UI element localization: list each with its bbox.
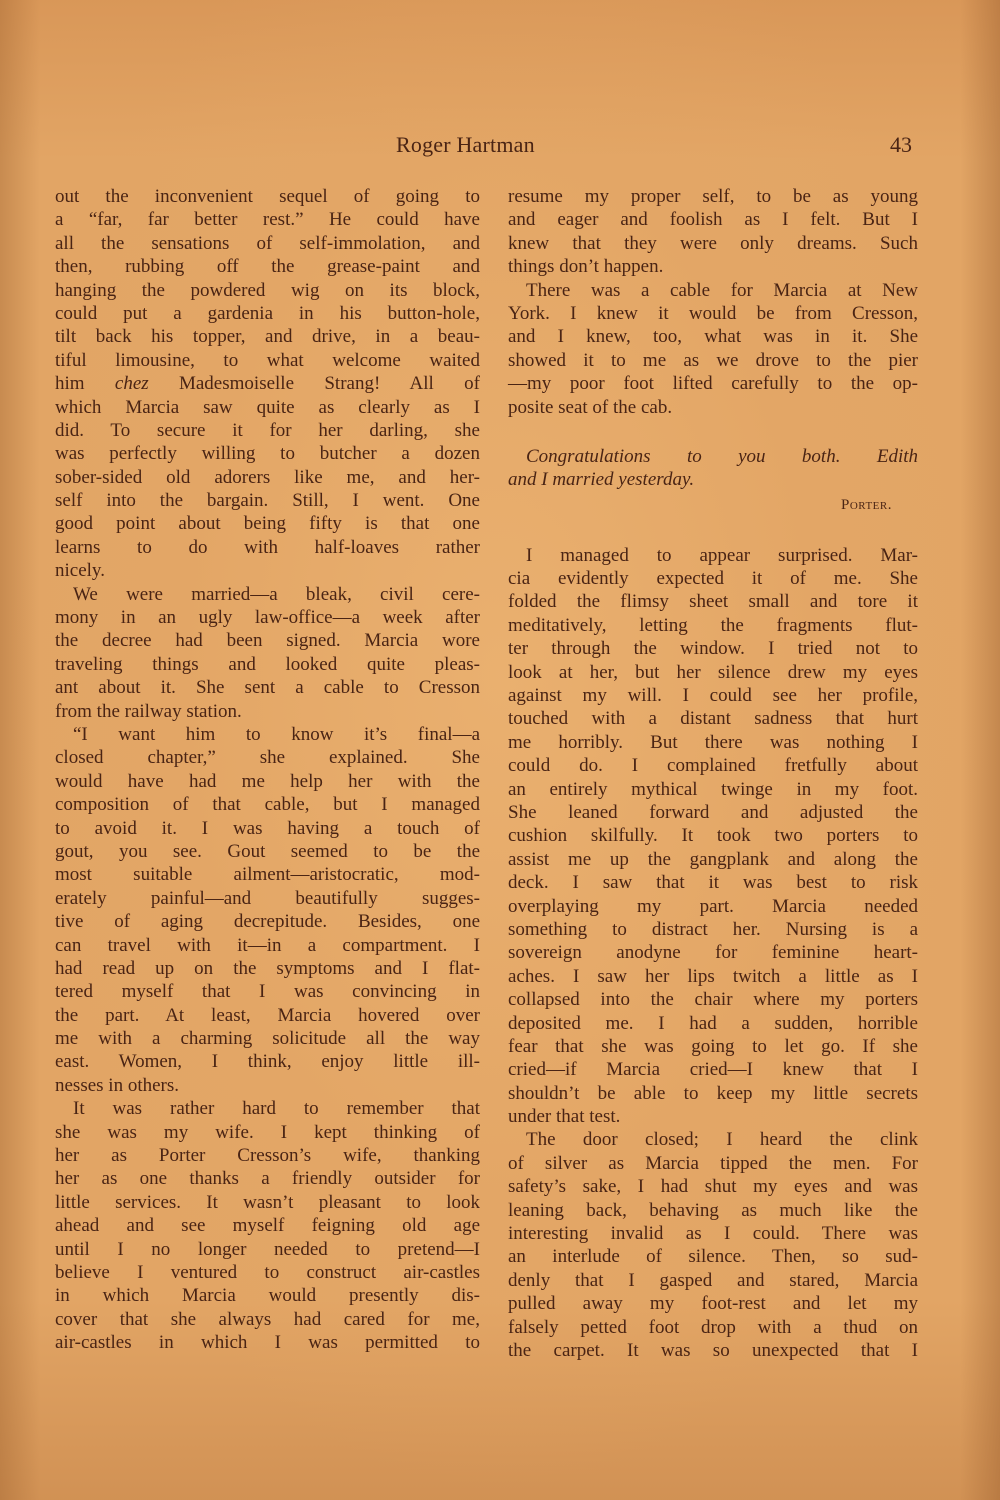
text-line: was perfectly willing to butcher a dozen xyxy=(55,442,480,465)
text-line: against my will. I could see her profile… xyxy=(508,684,918,707)
running-title: Roger Hartman xyxy=(396,132,535,158)
text-line: deposited me. I had a sudden, horrible xyxy=(508,1012,918,1035)
text-line: believe I ventured to construct air-cast… xyxy=(55,1261,480,1284)
text-line: tive of aging decrepitude. Besides, one xyxy=(55,910,480,933)
text-line: self into the bargain. Still, I went. On… xyxy=(55,489,480,512)
paragraph-start: There was a cable for Marcia at New xyxy=(508,279,918,302)
text-line: nicely. xyxy=(55,559,480,582)
text-line: then, rubbing off the grease-paint and xyxy=(55,255,480,278)
cable-message: Congratulations to you both. Edith and I… xyxy=(508,445,918,518)
text-line: deck. I saw that it was best to risk xyxy=(508,871,918,894)
text-line: things don’t happen. xyxy=(508,255,918,278)
text-line: and I knew, too, what was in it. She xyxy=(508,325,918,348)
text-line: from the railway station. xyxy=(55,700,480,723)
text-line: until I no longer needed to pretend—I xyxy=(55,1238,480,1261)
text-line: pulled away my foot-rest and let my xyxy=(508,1292,918,1315)
text-line: folded the flimsy sheet small and tore i… xyxy=(508,590,918,613)
text-line: posite seat of the cab. xyxy=(508,396,918,419)
text-line: tiful limousine, to what welcome waited xyxy=(55,349,480,372)
text-line-with-italic: him chez Madesmoiselle Strang! All of xyxy=(55,372,480,395)
text-line: a “far, far better rest.” He could have xyxy=(55,208,480,231)
text-line: sober-sided old adorers like me, and her… xyxy=(55,466,480,489)
text-line: in which Marcia would presently dis- xyxy=(55,1284,480,1307)
text-line: ahead and see myself feigning old age xyxy=(55,1214,480,1237)
text-line: something to distract her. Nursing is a xyxy=(508,918,918,941)
text-line: She leaned forward and adjusted the xyxy=(508,801,918,824)
text-line: would have had me help her with the xyxy=(55,770,480,793)
text-line: touched with a distant sadness that hurt xyxy=(508,707,918,730)
text-line: did. To secure it for her darling, she xyxy=(55,419,480,442)
text-line: could do. I complained fretfully about xyxy=(508,754,918,777)
text-line: overplaying my part. Marcia needed xyxy=(508,895,918,918)
text-line: little services. It wasn’t pleasant to l… xyxy=(55,1191,480,1214)
text-line: had read up on the symptoms and I flat- xyxy=(55,957,480,980)
text-line: —my poor foot lifted carefully to the op… xyxy=(508,372,918,395)
text-line: to avoid it. I was having a touch of xyxy=(55,817,480,840)
right-column: resume my proper self, to be as young an… xyxy=(508,185,918,1362)
text-line: cover that she always had cared for me, xyxy=(55,1308,480,1331)
text-line: out the inconvenient sequel of going to xyxy=(55,185,480,208)
text-line: me with a charming solicitude all the wa… xyxy=(55,1027,480,1050)
cable-line: and I married yesterday. xyxy=(508,468,918,491)
text-line: collapsed into the chair where my porter… xyxy=(508,988,918,1011)
text-line: can travel with it—in a compartment. I xyxy=(55,934,480,957)
text-line: ter through the window. I tried not to xyxy=(508,637,918,660)
text-line: mony in an ugly law-office—a week after xyxy=(55,606,480,629)
text-line: gout, you see. Gout seemed to be the xyxy=(55,840,480,863)
text-line: York. I knew it would be from Cresson, xyxy=(508,302,918,325)
text-line: safety’s sake, I had shut my eyes and wa… xyxy=(508,1175,918,1198)
text-line: composition of that cable, but I managed xyxy=(55,793,480,816)
cable-line: Congratulations to you both. Edith xyxy=(508,445,918,468)
text-line: tered myself that I was convincing in xyxy=(55,980,480,1003)
text-line: the decree had been signed. Marcia wore xyxy=(55,629,480,652)
text-line: cia evidently expected it of me. She xyxy=(508,567,918,590)
text-line: meditatively, letting the fragments flut… xyxy=(508,614,918,637)
text-line: denly that I gasped and stared, Marcia xyxy=(508,1269,918,1292)
book-page: Roger Hartman 43 out the inconvenient se… xyxy=(0,0,1000,1500)
text-line: of silver as Marcia tipped the men. For xyxy=(508,1152,918,1175)
text-line: sovereign anodyne for feminine heart- xyxy=(508,941,918,964)
text-line: ant about it. She sent a cable to Cresso… xyxy=(55,676,480,699)
text-line: which Marcia saw quite as clearly as I xyxy=(55,396,480,419)
text-line: most suitable ailment—aristocratic, mod- xyxy=(55,863,480,886)
paragraph-start: I managed to appear surprised. Mar- xyxy=(508,544,918,567)
text-line: could put a gardenia in his button-hole, xyxy=(55,302,480,325)
text-line: air-castles in which I was permitted to xyxy=(55,1331,480,1354)
text-line: interesting invalid as I could. There wa… xyxy=(508,1222,918,1245)
text-line: closed chapter,” she explained. She xyxy=(55,746,480,769)
text-line: the part. At least, Marcia hovered over xyxy=(55,1004,480,1027)
text-line: look at her, but her silence drew my eye… xyxy=(508,661,918,684)
text-line: good point about being fifty is that one xyxy=(55,512,480,535)
text-line: falsely petted foot drop with a thud on xyxy=(508,1316,918,1339)
paragraph-start: We were married—a bleak, civil cere- xyxy=(55,583,480,606)
text-line: me horribly. But there was nothing I xyxy=(508,731,918,754)
text-line: showed it to me as we drove to the pier xyxy=(508,349,918,372)
text-line: and eager and foolish as I felt. But I xyxy=(508,208,918,231)
text-line: learns to do with half-loaves rather xyxy=(55,536,480,559)
text-line: nesses in others. xyxy=(55,1074,480,1097)
text-line: shouldn’t be able to keep my little secr… xyxy=(508,1082,918,1105)
running-head: Roger Hartman 43 xyxy=(0,132,1000,162)
text-line: assist me up the gangplank and along the xyxy=(508,848,918,871)
text-line: under that test. xyxy=(508,1105,918,1128)
spacer xyxy=(508,518,918,544)
text-line: an entirely mythical twinge in my foot. xyxy=(508,778,918,801)
italic-word: chez xyxy=(115,373,149,394)
text-line: an interlude of silence. Then, so sud- xyxy=(508,1245,918,1268)
text-line: erately painful—and beautifully sugges- xyxy=(55,887,480,910)
left-column: out the inconvenient sequel of going to … xyxy=(55,185,480,1355)
text-line: all the sensations of self-immolation, a… xyxy=(55,232,480,255)
text-fragment: Madesmoiselle Strang! All of xyxy=(149,373,480,394)
text-line: tilt back his topper, and drive, in a be… xyxy=(55,325,480,348)
paragraph-start: The door closed; I heard the clink xyxy=(508,1128,918,1151)
text-line: hanging the powdered wig on its block, xyxy=(55,279,480,302)
paragraph-start: It was rather hard to remember that xyxy=(55,1097,480,1120)
paragraph-start: “I want him to know it’s final—a xyxy=(55,723,480,746)
page-number: 43 xyxy=(890,132,912,158)
text-fragment: him xyxy=(55,373,115,394)
text-line: resume my proper self, to be as young xyxy=(508,185,918,208)
text-line: cushion skilfully. It took two porters t… xyxy=(508,824,918,847)
text-line: traveling things and looked quite pleas- xyxy=(55,653,480,676)
text-line: her as one thanks a friendly outsider fo… xyxy=(55,1167,480,1190)
text-line: aches. I saw her lips twitch a little as… xyxy=(508,965,918,988)
text-line: knew that they were only dreams. Such xyxy=(508,232,918,255)
text-line: her as Porter Cresson’s wife, thanking xyxy=(55,1144,480,1167)
text-line: leaning back, behaving as much like the xyxy=(508,1199,918,1222)
text-line: she was my wife. I kept thinking of xyxy=(55,1121,480,1144)
text-line: east. Women, I think, enjoy little ill- xyxy=(55,1050,480,1073)
text-line: the carpet. It was so unexpected that I xyxy=(508,1339,918,1362)
spacer xyxy=(508,419,918,445)
text-line: cried—if Marcia cried—I knew that I xyxy=(508,1058,918,1081)
text-line: fear that she was going to let go. If sh… xyxy=(508,1035,918,1058)
cable-signature: Porter. xyxy=(508,492,918,518)
